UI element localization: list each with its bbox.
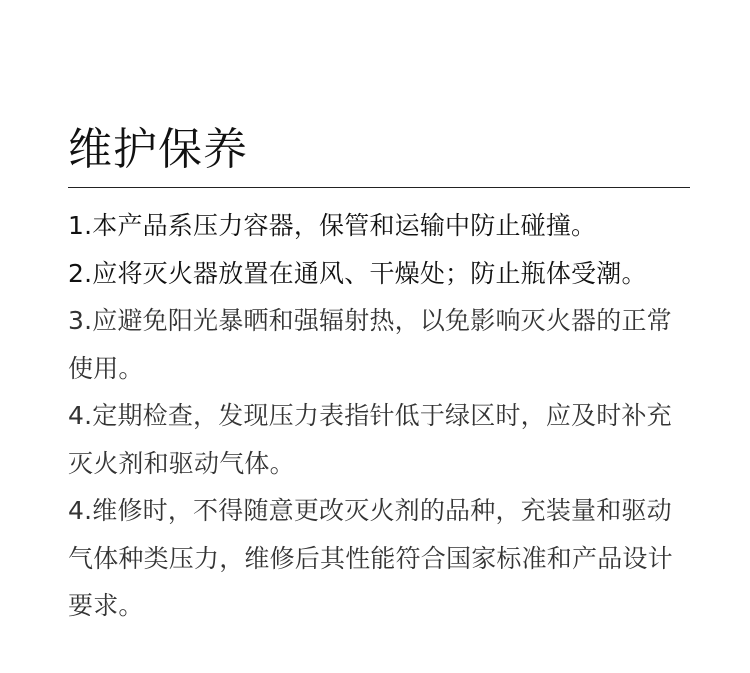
list-item: 2.应将灭火器放置在通风、干燥处；防止瓶体受潮。 xyxy=(68,250,690,298)
title-divider xyxy=(68,187,690,188)
list-item: 3.应避免阳光暴晒和强辐射热，以免影响灭火器的正常使用。 xyxy=(68,297,690,392)
list-item: 4.维修时，不得随意更改灭火剂的品种，充装量和驱动气体种类压力，维修后其性能符合… xyxy=(68,487,690,630)
list-item: 1.本产品系压力容器，保管和运输中防止碰撞。 xyxy=(68,202,690,250)
maintenance-section: 维护保养 1.本产品系压力容器，保管和运输中防止碰撞。 2.应将灭火器放置在通风… xyxy=(68,120,690,630)
section-title: 维护保养 xyxy=(68,120,690,180)
list-item: 4.定期检查，发现压力表指针低于绿区时，应及时补充灭火剂和驱动气体。 xyxy=(68,392,690,487)
maintenance-list: 1.本产品系压力容器，保管和运输中防止碰撞。 2.应将灭火器放置在通风、干燥处；… xyxy=(68,202,690,630)
